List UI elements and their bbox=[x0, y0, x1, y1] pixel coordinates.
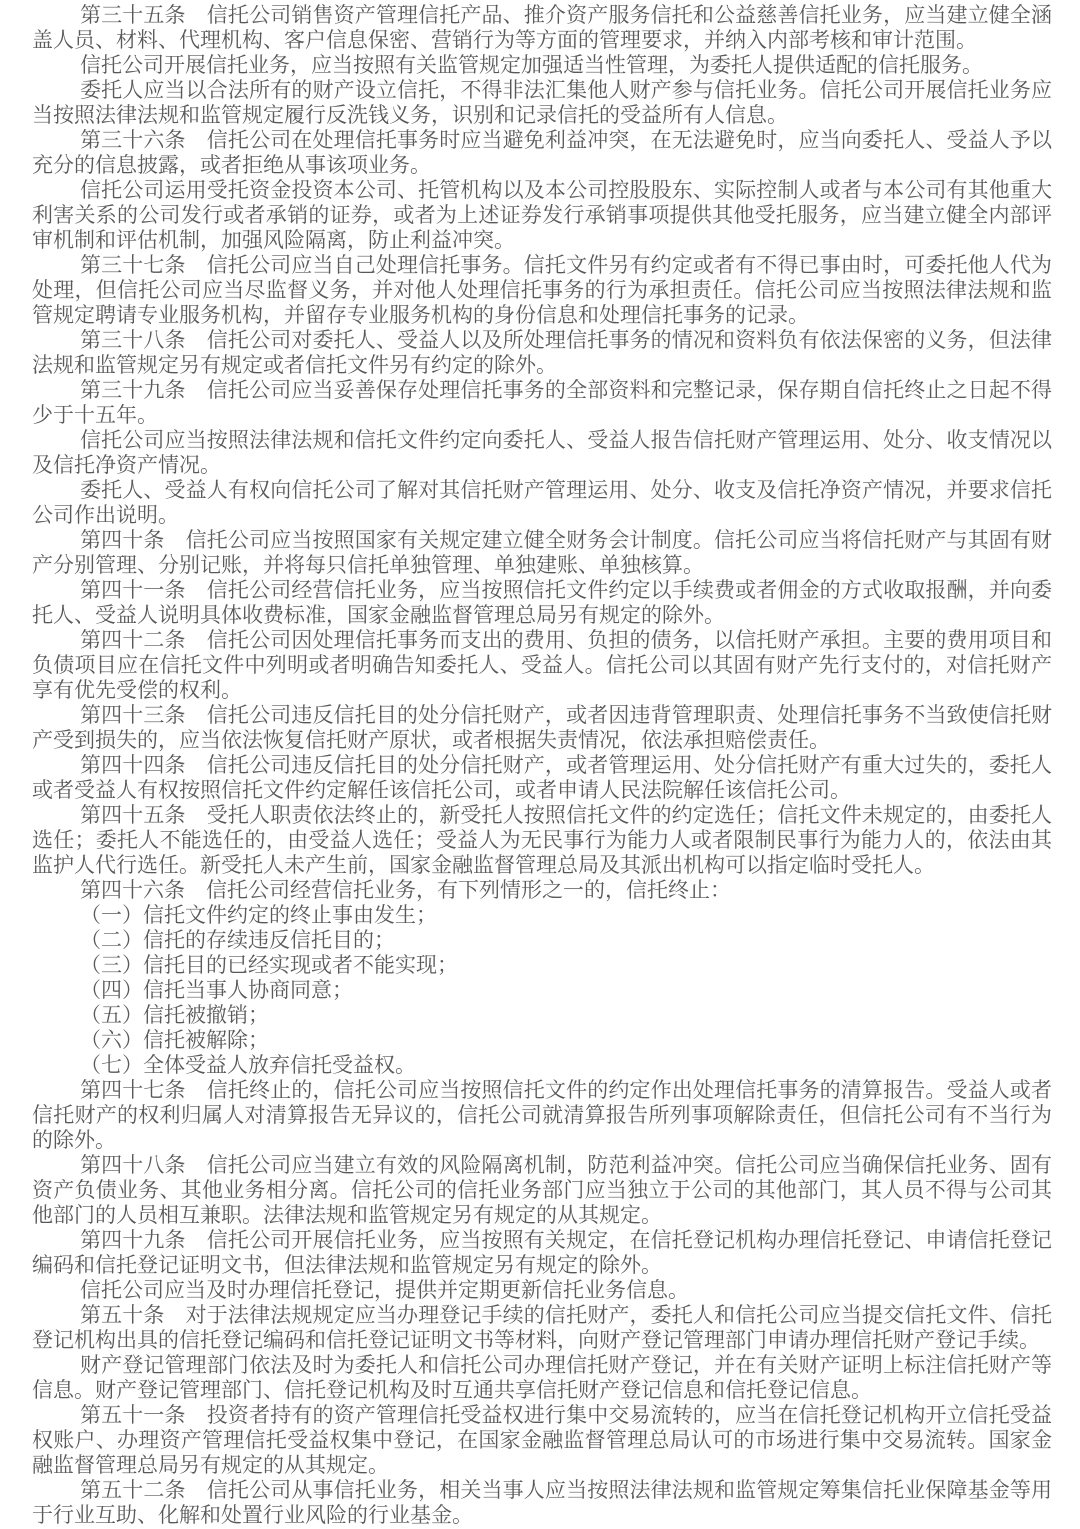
paragraph: 信托公司开展信托业务，应当按照有关监管规定加强适当性管理，为委托人提供适配的信托… bbox=[32, 53, 1052, 78]
paragraph: 第四十七条 信托终止的，信托公司应当按照信托文件的约定作出处理信托事务的清算报告… bbox=[32, 1078, 1052, 1153]
paragraph: 信托公司应当按照法律法规和信托文件约定向委托人、受益人报告信托财产管理运用、处分… bbox=[32, 428, 1052, 478]
paragraph: 第五十一条 投资者持有的资产管理信托受益权进行集中交易流转的，应当在信托登记机构… bbox=[32, 1403, 1052, 1478]
paragraph: 信托公司运用受托资金投资本公司、托管机构以及本公司控股股东、实际控制人或者与本公… bbox=[32, 178, 1052, 253]
paragraph: 信托公司应当及时办理信托登记，提供并定期更新信托业务信息。 bbox=[32, 1278, 1052, 1303]
list-item: （五）信托被撤销； bbox=[32, 1003, 1052, 1028]
paragraph: 第四十一条 信托公司经营信托业务，应当按照信托文件约定以手续费或者佣金的方式收取… bbox=[32, 578, 1052, 628]
paragraph: 第四十八条 信托公司应当建立有效的风险隔离机制，防范利益冲突。信托公司应当确保信… bbox=[32, 1153, 1052, 1228]
list-item: （四）信托当事人协商同意； bbox=[32, 978, 1052, 1003]
paragraph: 第四十四条 信托公司违反信托目的处分信托财产，或者管理运用、处分信托财产有重大过… bbox=[32, 753, 1052, 803]
paragraph: 委托人、受益人有权向信托公司了解对其信托财产管理运用、处分、收支及信托净资产情况… bbox=[32, 478, 1052, 528]
paragraph: 第三十五条 信托公司销售资产管理信托产品、推介资产服务信托和公益慈善信托业务，应… bbox=[32, 3, 1052, 53]
paragraph: 第三十七条 信托公司应当自己处理信托事务。信托文件另有约定或者有不得已事由时，可… bbox=[32, 253, 1052, 328]
paragraph: 第四十条 信托公司应当按照国家有关规定建立健全财务会计制度。信托公司应当将信托财… bbox=[32, 528, 1052, 578]
list-item: （七）全体受益人放弃信托受益权。 bbox=[32, 1053, 1052, 1078]
paragraph: 第四十五条 受托人职责依法终止的，新受托人按照信托文件的约定选任；信托文件未规定… bbox=[32, 803, 1052, 878]
paragraph: 第五十二条 信托公司从事信托业务，相关当事人应当按照法律法规和监管规定筹集信托业… bbox=[32, 1478, 1052, 1528]
list-item: （二）信托的存续违反信托目的； bbox=[32, 928, 1052, 953]
paragraph: 第四十九条 信托公司开展信托业务，应当按照有关规定，在信托登记机构办理信托登记、… bbox=[32, 1228, 1052, 1278]
paragraph: 第五十条 对于法律法规规定应当办理登记手续的信托财产，委托人和信托公司应当提交信… bbox=[32, 1303, 1052, 1353]
paragraph: 委托人应当以合法所有的财产设立信托，不得非法汇集他人财产参与信托业务。信托公司开… bbox=[32, 78, 1052, 128]
paragraph: 财产登记管理部门依法及时为委托人和信托公司办理信托财产登记，并在有关财产证明上标… bbox=[32, 1353, 1052, 1403]
paragraph: 第四十三条 信托公司违反信托目的处分信托财产，或者因违背管理职责、处理信托事务不… bbox=[32, 703, 1052, 753]
list-item: （一）信托文件约定的终止事由发生； bbox=[32, 903, 1052, 928]
document-body: 第三十五条 信托公司销售资产管理信托产品、推介资产服务信托和公益慈善信托业务，应… bbox=[0, 0, 1080, 1529]
list-item: （三）信托目的已经实现或者不能实现； bbox=[32, 953, 1052, 978]
paragraph: 第四十二条 信托公司因处理信托事务而支出的费用、负担的债务，以信托财产承担。主要… bbox=[32, 628, 1052, 703]
paragraph: 第四十六条 信托公司经营信托业务，有下列情形之一的，信托终止： bbox=[32, 878, 1052, 903]
list-item: （六）信托被解除； bbox=[32, 1028, 1052, 1053]
paragraph: 第三十九条 信托公司应当妥善保存处理信托事务的全部资料和完整记录，保存期自信托终… bbox=[32, 378, 1052, 428]
paragraph: 第三十八条 信托公司对委托人、受益人以及所处理信托事务的情况和资料负有依法保密的… bbox=[32, 328, 1052, 378]
paragraph: 第三十六条 信托公司在处理信托事务时应当避免利益冲突，在无法避免时，应当向委托人… bbox=[32, 128, 1052, 178]
